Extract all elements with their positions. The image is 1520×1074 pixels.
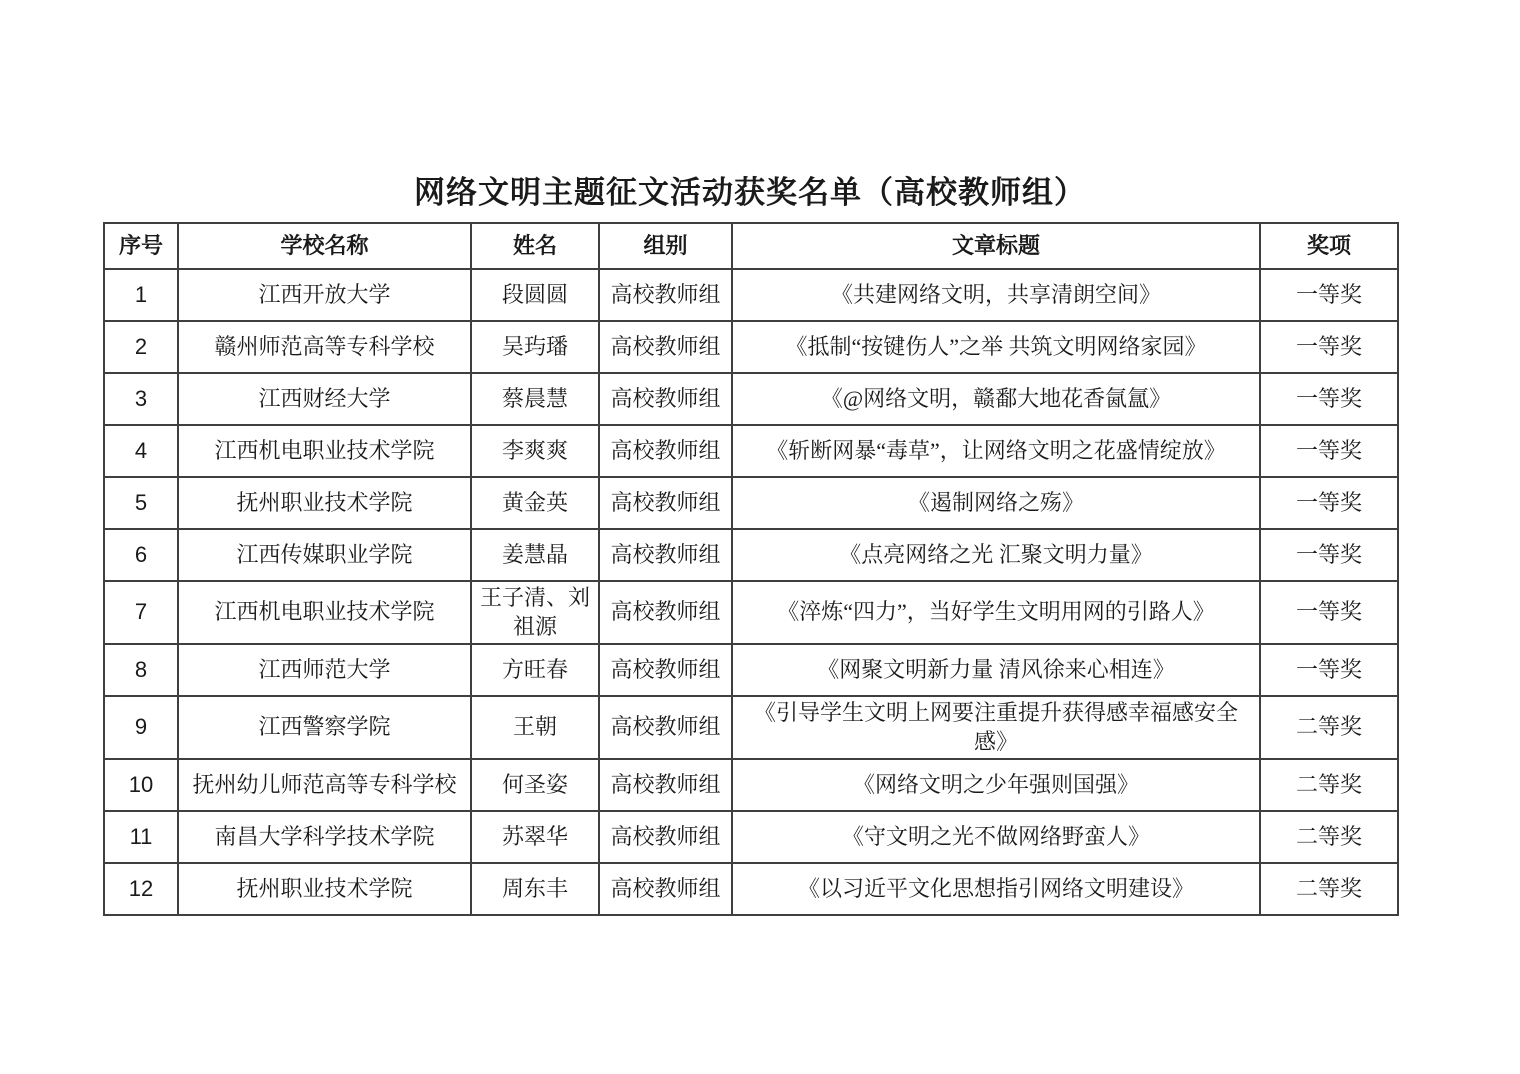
cell-group: 高校教师组: [599, 269, 732, 321]
table-header: 序号 学校名称 姓名 组别 文章标题 奖项: [104, 223, 1398, 269]
cell-title: 《淬炼“四力”，当好学生文明用网的引路人》: [732, 581, 1260, 644]
cell-title: 《共建网络文明，共享清朗空间》: [732, 269, 1260, 321]
cell-school: 抚州职业技术学院: [178, 477, 471, 529]
cell-school: 江西开放大学: [178, 269, 471, 321]
cell-group: 高校教师组: [599, 759, 732, 811]
cell-award: 二等奖: [1260, 863, 1398, 915]
cell-name: 姜慧晶: [471, 529, 599, 581]
cell-name: 苏翠华: [471, 811, 599, 863]
cell-group: 高校教师组: [599, 321, 732, 373]
cell-name: 王子清、刘祖源: [471, 581, 599, 644]
header-row: 序号 学校名称 姓名 组别 文章标题 奖项: [104, 223, 1398, 269]
cell-title: 《网聚文明新力量 清风徐来心相连》: [732, 644, 1260, 696]
cell-no: 1: [104, 269, 178, 321]
cell-award: 一等奖: [1260, 425, 1398, 477]
cell-school: 江西财经大学: [178, 373, 471, 425]
cell-no: 11: [104, 811, 178, 863]
header-name: 姓名: [471, 223, 599, 269]
cell-award: 二等奖: [1260, 759, 1398, 811]
cell-school: 江西传媒职业学院: [178, 529, 471, 581]
table-row: 3 江西财经大学 蔡晨慧 高校教师组 《@网络文明，赣鄱大地花香氤氲》 一等奖: [104, 373, 1398, 425]
table-row: 2 赣州师范高等专科学校 吴玙璠 高校教师组 《抵制“按键伤人”之举 共筑文明网…: [104, 321, 1398, 373]
cell-award: 二等奖: [1260, 696, 1398, 759]
cell-name: 吴玙璠: [471, 321, 599, 373]
header-group: 组别: [599, 223, 732, 269]
table-row: 8 江西师范大学 方旺春 高校教师组 《网聚文明新力量 清风徐来心相连》 一等奖: [104, 644, 1398, 696]
cell-award: 一等奖: [1260, 477, 1398, 529]
cell-school: 江西警察学院: [178, 696, 471, 759]
cell-title: 《@网络文明，赣鄱大地花香氤氲》: [732, 373, 1260, 425]
cell-group: 高校教师组: [599, 373, 732, 425]
header-school: 学校名称: [178, 223, 471, 269]
cell-title: 《引导学生文明上网要注重提升获得感幸福感安全感》: [732, 696, 1260, 759]
cell-name: 蔡晨慧: [471, 373, 599, 425]
cell-name: 李爽爽: [471, 425, 599, 477]
cell-name: 方旺春: [471, 644, 599, 696]
table-body: 1 江西开放大学 段圆圆 高校教师组 《共建网络文明，共享清朗空间》 一等奖 2…: [104, 269, 1398, 915]
cell-school: 赣州师范高等专科学校: [178, 321, 471, 373]
table-row: 5 抚州职业技术学院 黄金英 高校教师组 《遏制网络之殇》 一等奖: [104, 477, 1398, 529]
cell-no: 5: [104, 477, 178, 529]
cell-group: 高校教师组: [599, 581, 732, 644]
page-title: 网络文明主题征文活动获奖名单（高校教师组）: [103, 167, 1397, 212]
cell-name: 王朝: [471, 696, 599, 759]
table-row: 4 江西机电职业技术学院 李爽爽 高校教师组 《斩断网暴“毒草”，让网络文明之花…: [104, 425, 1398, 477]
cell-no: 12: [104, 863, 178, 915]
cell-school: 江西机电职业技术学院: [178, 425, 471, 477]
cell-no: 2: [104, 321, 178, 373]
cell-title: 《抵制“按键伤人”之举 共筑文明网络家园》: [732, 321, 1260, 373]
cell-no: 7: [104, 581, 178, 644]
cell-school: 抚州幼儿师范高等专科学校: [178, 759, 471, 811]
table-row: 11 南昌大学科学技术学院 苏翠华 高校教师组 《守文明之光不做网络野蛮人》 二…: [104, 811, 1398, 863]
cell-name: 段圆圆: [471, 269, 599, 321]
cell-award: 一等奖: [1260, 581, 1398, 644]
cell-award: 一等奖: [1260, 644, 1398, 696]
cell-title: 《网络文明之少年强则国强》: [732, 759, 1260, 811]
cell-name: 周东丰: [471, 863, 599, 915]
table-row: 1 江西开放大学 段圆圆 高校教师组 《共建网络文明，共享清朗空间》 一等奖: [104, 269, 1398, 321]
cell-no: 4: [104, 425, 178, 477]
cell-award: 二等奖: [1260, 811, 1398, 863]
table-row: 6 江西传媒职业学院 姜慧晶 高校教师组 《点亮网络之光 汇聚文明力量》 一等奖: [104, 529, 1398, 581]
cell-award: 一等奖: [1260, 269, 1398, 321]
cell-group: 高校教师组: [599, 863, 732, 915]
cell-school: 江西师范大学: [178, 644, 471, 696]
cell-name: 何圣姿: [471, 759, 599, 811]
table-row: 9 江西警察学院 王朝 高校教师组 《引导学生文明上网要注重提升获得感幸福感安全…: [104, 696, 1398, 759]
table-row: 7 江西机电职业技术学院 王子清、刘祖源 高校教师组 《淬炼“四力”，当好学生文…: [104, 581, 1398, 644]
cell-school: 抚州职业技术学院: [178, 863, 471, 915]
header-no: 序号: [104, 223, 178, 269]
header-title: 文章标题: [732, 223, 1260, 269]
cell-title: 《点亮网络之光 汇聚文明力量》: [732, 529, 1260, 581]
cell-title: 《斩断网暴“毒草”，让网络文明之花盛情绽放》: [732, 425, 1260, 477]
cell-no: 8: [104, 644, 178, 696]
cell-award: 一等奖: [1260, 373, 1398, 425]
cell-no: 6: [104, 529, 178, 581]
header-award: 奖项: [1260, 223, 1398, 269]
cell-title: 《遏制网络之殇》: [732, 477, 1260, 529]
cell-no: 9: [104, 696, 178, 759]
cell-award: 一等奖: [1260, 321, 1398, 373]
awards-table: 序号 学校名称 姓名 组别 文章标题 奖项 1 江西开放大学 段圆圆 高校教师组…: [103, 222, 1399, 916]
table-row: 12 抚州职业技术学院 周东丰 高校教师组 《以习近平文化思想指引网络文明建设》…: [104, 863, 1398, 915]
cell-group: 高校教师组: [599, 529, 732, 581]
document-page: 网络文明主题征文活动获奖名单（高校教师组） 序号 学校名称 姓名 组别 文章标题…: [0, 0, 1520, 1074]
cell-title: 《守文明之光不做网络野蛮人》: [732, 811, 1260, 863]
cell-no: 10: [104, 759, 178, 811]
cell-school: 江西机电职业技术学院: [178, 581, 471, 644]
cell-award: 一等奖: [1260, 529, 1398, 581]
table-row: 10 抚州幼儿师范高等专科学校 何圣姿 高校教师组 《网络文明之少年强则国强》 …: [104, 759, 1398, 811]
cell-school: 南昌大学科学技术学院: [178, 811, 471, 863]
cell-group: 高校教师组: [599, 644, 732, 696]
cell-name: 黄金英: [471, 477, 599, 529]
cell-group: 高校教师组: [599, 477, 732, 529]
cell-title: 《以习近平文化思想指引网络文明建设》: [732, 863, 1260, 915]
cell-group: 高校教师组: [599, 425, 732, 477]
cell-group: 高校教师组: [599, 811, 732, 863]
cell-no: 3: [104, 373, 178, 425]
cell-group: 高校教师组: [599, 696, 732, 759]
